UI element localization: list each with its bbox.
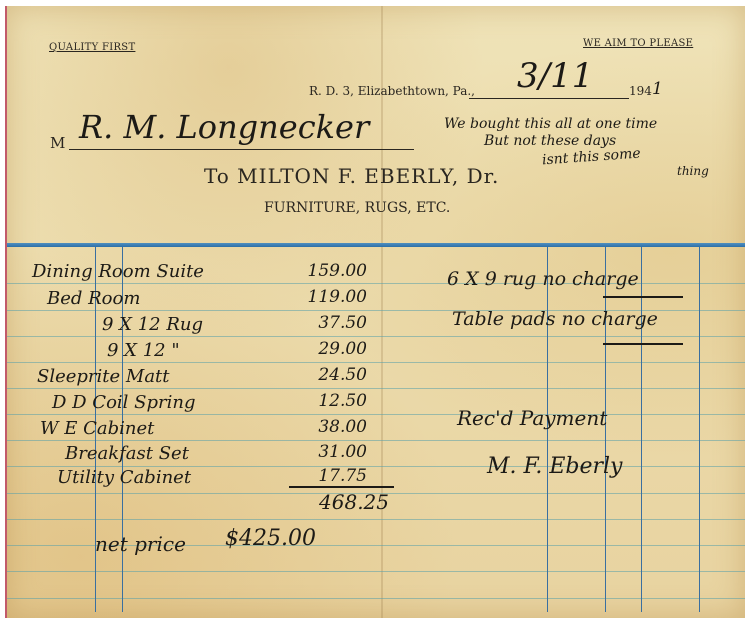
- ruled-line: [7, 414, 745, 415]
- column-line: [641, 247, 642, 612]
- item-description: 9 X 12 Rug: [102, 314, 203, 335]
- underline: [603, 343, 683, 345]
- to-line: To MILTON F. EBERLY, Dr.: [204, 164, 499, 188]
- item-description: Utility Cabinet: [57, 467, 191, 488]
- column-line: [699, 247, 700, 612]
- year-handwritten: 1: [652, 79, 663, 99]
- item-amount: 29.00: [277, 339, 367, 359]
- receipt-paper: QUALITY FIRST WE AIM TO PLEASE R. D. 3, …: [5, 6, 745, 618]
- received-payment: Rec'd Payment: [457, 406, 607, 430]
- ruled-line: [7, 571, 745, 572]
- item-amount: 12.50: [277, 391, 367, 411]
- item-description: Breakfast Set: [65, 443, 189, 464]
- free-table-pads-note: Table pads no charge: [452, 308, 658, 330]
- ruled-line: [7, 388, 745, 389]
- item-description: Bed Room: [47, 288, 140, 309]
- business-line: FURNITURE, RUGS, ETC.: [264, 200, 450, 216]
- net-price-amount: $425.00: [225, 526, 316, 551]
- free-rug-note: 6 X 9 rug no charge: [447, 268, 639, 290]
- total-rule: [289, 486, 394, 488]
- net-price-label: net price: [95, 532, 186, 556]
- total-amount: 468.25: [289, 490, 389, 514]
- address: R. D. 3, Elizabethtown, Pa.,: [309, 84, 475, 98]
- date-handwritten: 3/11: [517, 56, 593, 96]
- m-prefix: M: [50, 134, 65, 152]
- item-description: Sleeprite Matt: [37, 366, 170, 387]
- item-amount: 17.75: [277, 466, 367, 486]
- ruled-line: [7, 440, 745, 441]
- slogan-left: QUALITY FIRST: [49, 42, 135, 53]
- item-description: Dining Room Suite: [32, 261, 204, 282]
- margin-note-line3: isnt this some: [542, 146, 642, 169]
- signature: M. F. Eberly: [487, 454, 622, 479]
- underline: [603, 296, 683, 298]
- customer-name: R. M. Longnecker: [79, 108, 369, 146]
- customer-underline: [69, 149, 414, 150]
- margin-note-line1: We bought this all at one time: [444, 116, 657, 132]
- item-amount: 119.00: [277, 287, 367, 307]
- item-amount: 37.50: [277, 313, 367, 333]
- item-description: D D Coil Spring: [52, 392, 195, 413]
- item-amount: 159.00: [277, 261, 367, 281]
- item-amount: 24.50: [277, 365, 367, 385]
- item-amount: 31.00: [277, 442, 367, 462]
- margin-note-line2: But not these days: [484, 133, 616, 149]
- item-description: 9 X 12 ": [107, 340, 180, 361]
- date-underline: [469, 98, 629, 99]
- year-printed: 194: [629, 84, 652, 98]
- slogan-right: WE AIM TO PLEASE: [583, 38, 693, 49]
- ruled-line: [7, 519, 745, 520]
- ruled-line: [7, 362, 745, 363]
- ruled-line: [7, 336, 745, 337]
- item-amount: 38.00: [277, 417, 367, 437]
- ruled-line: [7, 598, 745, 599]
- item-description: W E Cabinet: [40, 418, 154, 439]
- ledger-top-rule: [7, 243, 745, 247]
- margin-note-line4: thing: [677, 164, 709, 178]
